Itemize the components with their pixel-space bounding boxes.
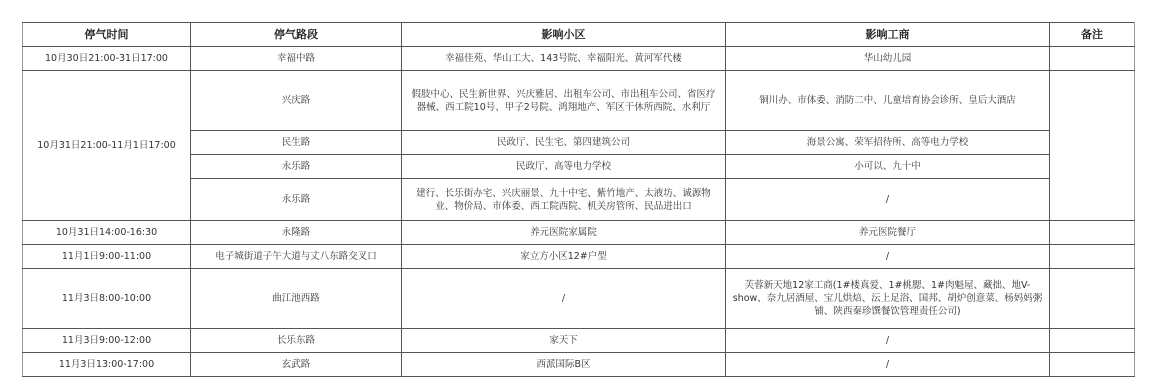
cell-road: 电子城街道子午大道与丈八东路交叉口 (191, 245, 402, 269)
table-row: 10月31日14:00-16:30 永隆路 养元医院家属院 养元医院餐厅 (23, 221, 1135, 245)
cell-businesses: / (726, 353, 1050, 377)
cell-road: 幸福中路 (191, 47, 402, 71)
cell-time: 10月30日21:00-31日17:00 (23, 47, 191, 71)
header-communities: 影响小区 (402, 23, 726, 47)
cell-road: 永乐路 (191, 179, 402, 221)
cell-communities: 家立方小区12#户型 (402, 245, 726, 269)
cell-time: 11月3日9:00-12:00 (23, 329, 191, 353)
gas-outage-table: 停气时间 停气路段 影响小区 影响工商 备注 10月30日21:00-31日17… (22, 22, 1135, 377)
header-road: 停气路段 (191, 23, 402, 47)
cell-businesses: / (726, 329, 1050, 353)
table-row: 10月30日21:00-31日17:00 幸福中路 幸福佳苑、华山工大、143号… (23, 47, 1135, 71)
header-row: 停气时间 停气路段 影响小区 影响工商 备注 (23, 23, 1135, 47)
cell-note (1050, 221, 1135, 245)
cell-time: 10月31日21:00-11月1日17:00 (23, 71, 191, 221)
cell-note (1050, 329, 1135, 353)
cell-businesses: 养元医院餐厅 (726, 221, 1050, 245)
cell-communities: 假肢中心、民生新世界、兴庆雅居、出租车公司、市出租车公司、省医疗器械、西工院10… (402, 71, 726, 131)
cell-communities: 建行、长乐街办宅、兴庆丽景、九十中宅、紫竹地产、太液坊、诚源物业、物价局、市体委… (402, 179, 726, 221)
cell-businesses: 铜川办、市体委、消防二中、儿童培育协会诊所、皇后大酒店 (726, 71, 1050, 131)
cell-note (1050, 71, 1135, 221)
cell-time: 11月3日13:00-17:00 (23, 353, 191, 377)
cell-note (1050, 269, 1135, 329)
table-row: 11月3日13:00-17:00 玄武路 西派国际B区 / (23, 353, 1135, 377)
cell-road: 兴庆路 (191, 71, 402, 131)
cell-communities: / (402, 269, 726, 329)
table-row: 11月3日8:00-10:00 曲江池西路 / 芙蓉新天地12家工商(1#楼真爱… (23, 269, 1135, 329)
cell-road: 玄武路 (191, 353, 402, 377)
cell-businesses: 小可以、九十中 (726, 155, 1050, 179)
cell-road: 永乐路 (191, 155, 402, 179)
table-row: 10月31日21:00-11月1日17:00 兴庆路 假肢中心、民生新世界、兴庆… (23, 71, 1135, 131)
cell-businesses: 华山幼儿园 (726, 47, 1050, 71)
cell-note (1050, 353, 1135, 377)
cell-road: 长乐东路 (191, 329, 402, 353)
cell-businesses: 芙蓉新天地12家工商(1#楼真爱、1#桃腮、1#肉魁屋、藏拙、地V-show、奈… (726, 269, 1050, 329)
cell-time: 11月3日8:00-10:00 (23, 269, 191, 329)
cell-communities: 家天下 (402, 329, 726, 353)
table-row: 11月3日9:00-12:00 长乐东路 家天下 / (23, 329, 1135, 353)
cell-road: 民生路 (191, 131, 402, 155)
cell-road: 曲江池西路 (191, 269, 402, 329)
cell-communities: 养元医院家属院 (402, 221, 726, 245)
cell-communities: 民政厅、高等电力学校 (402, 155, 726, 179)
cell-communities: 民政厅、民生宅、第四建筑公司 (402, 131, 726, 155)
cell-time: 11月1日9:00-11:00 (23, 245, 191, 269)
header-time: 停气时间 (23, 23, 191, 47)
cell-communities: 幸福佳苑、华山工大、143号院、幸福阳光、黄河军代楼 (402, 47, 726, 71)
cell-communities: 西派国际B区 (402, 353, 726, 377)
cell-note (1050, 245, 1135, 269)
cell-time: 10月31日14:00-16:30 (23, 221, 191, 245)
cell-note (1050, 47, 1135, 71)
cell-businesses: 海景公寓、荣军招待所、高等电力学校 (726, 131, 1050, 155)
header-businesses: 影响工商 (726, 23, 1050, 47)
cell-road: 永隆路 (191, 221, 402, 245)
cell-businesses: / (726, 245, 1050, 269)
table-row: 11月1日9:00-11:00 电子城街道子午大道与丈八东路交叉口 家立方小区1… (23, 245, 1135, 269)
header-note: 备注 (1050, 23, 1135, 47)
cell-businesses: / (726, 179, 1050, 221)
